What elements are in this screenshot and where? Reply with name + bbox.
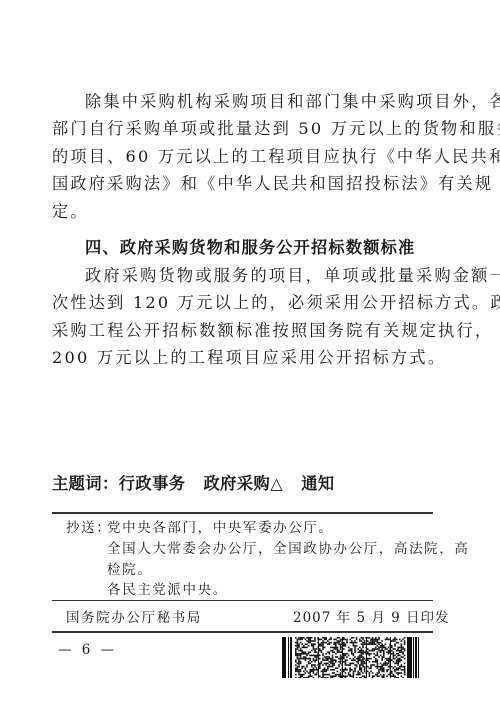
issuer: 国务院办公厅秘书局 <box>66 608 202 628</box>
paragraph-1-line-4: 国政府采购法》和《中华人民共和国招投标法》有关规 <box>52 174 493 194</box>
paragraph-1-line-2: 部门自行采购单项或批量达到 50 万元以上的货物和服务 <box>52 119 500 139</box>
barcode-icon <box>282 637 421 678</box>
divider <box>52 600 433 601</box>
cc-line-1: 党中央各部门，中央军委办公厅。 <box>107 518 334 538</box>
keywords-line: 主题词：行政事务政府采购△通知 <box>52 474 335 494</box>
divider <box>52 631 433 633</box>
paragraph-2-line-3: 采购工程公开招标数额标准按照国务院有关规定执行， <box>52 321 493 341</box>
cc-line-3: 检院。 <box>107 560 152 580</box>
paragraph-2-line-2: 次性达到 120 万元以上的，必须采用公开招标方式。政府 <box>52 293 500 313</box>
page-number: — 6 — <box>58 640 117 660</box>
cc-line-4: 各民主党派中央。 <box>107 580 228 600</box>
keyword: 行政事务 <box>119 474 186 493</box>
keyword: 政府采购△ <box>204 474 284 493</box>
section-heading: 四、政府采购货物和服务公开招标数额标准 <box>85 238 415 258</box>
cc-line-2: 全国人大常委会办公厅，全国政协办公厅，高法院，高 <box>107 539 469 559</box>
keyword: 通知 <box>301 474 334 493</box>
paragraph-1-line-1: 除集中采购机构采购项目和部门集中采购项目外，各 <box>85 92 500 112</box>
issue-date: 2007 年 5 月 9 日印发 <box>293 608 450 628</box>
paragraph-1-line-5: 定。 <box>52 202 89 222</box>
paragraph-2-line-4: 200 万元以上的工程项目应采用公开招标方式。 <box>52 348 446 368</box>
paragraph-2-line-1: 政府采购货物或服务的项目，单项或批量采购金额一 <box>85 266 500 286</box>
cc-label: 抄送： <box>66 518 111 538</box>
keywords-label: 主题词： <box>52 474 119 493</box>
paragraph-1-line-3: 的项目、60 万元以上的工程项目应执行《中华人民共和 <box>52 147 500 167</box>
divider <box>52 512 433 514</box>
